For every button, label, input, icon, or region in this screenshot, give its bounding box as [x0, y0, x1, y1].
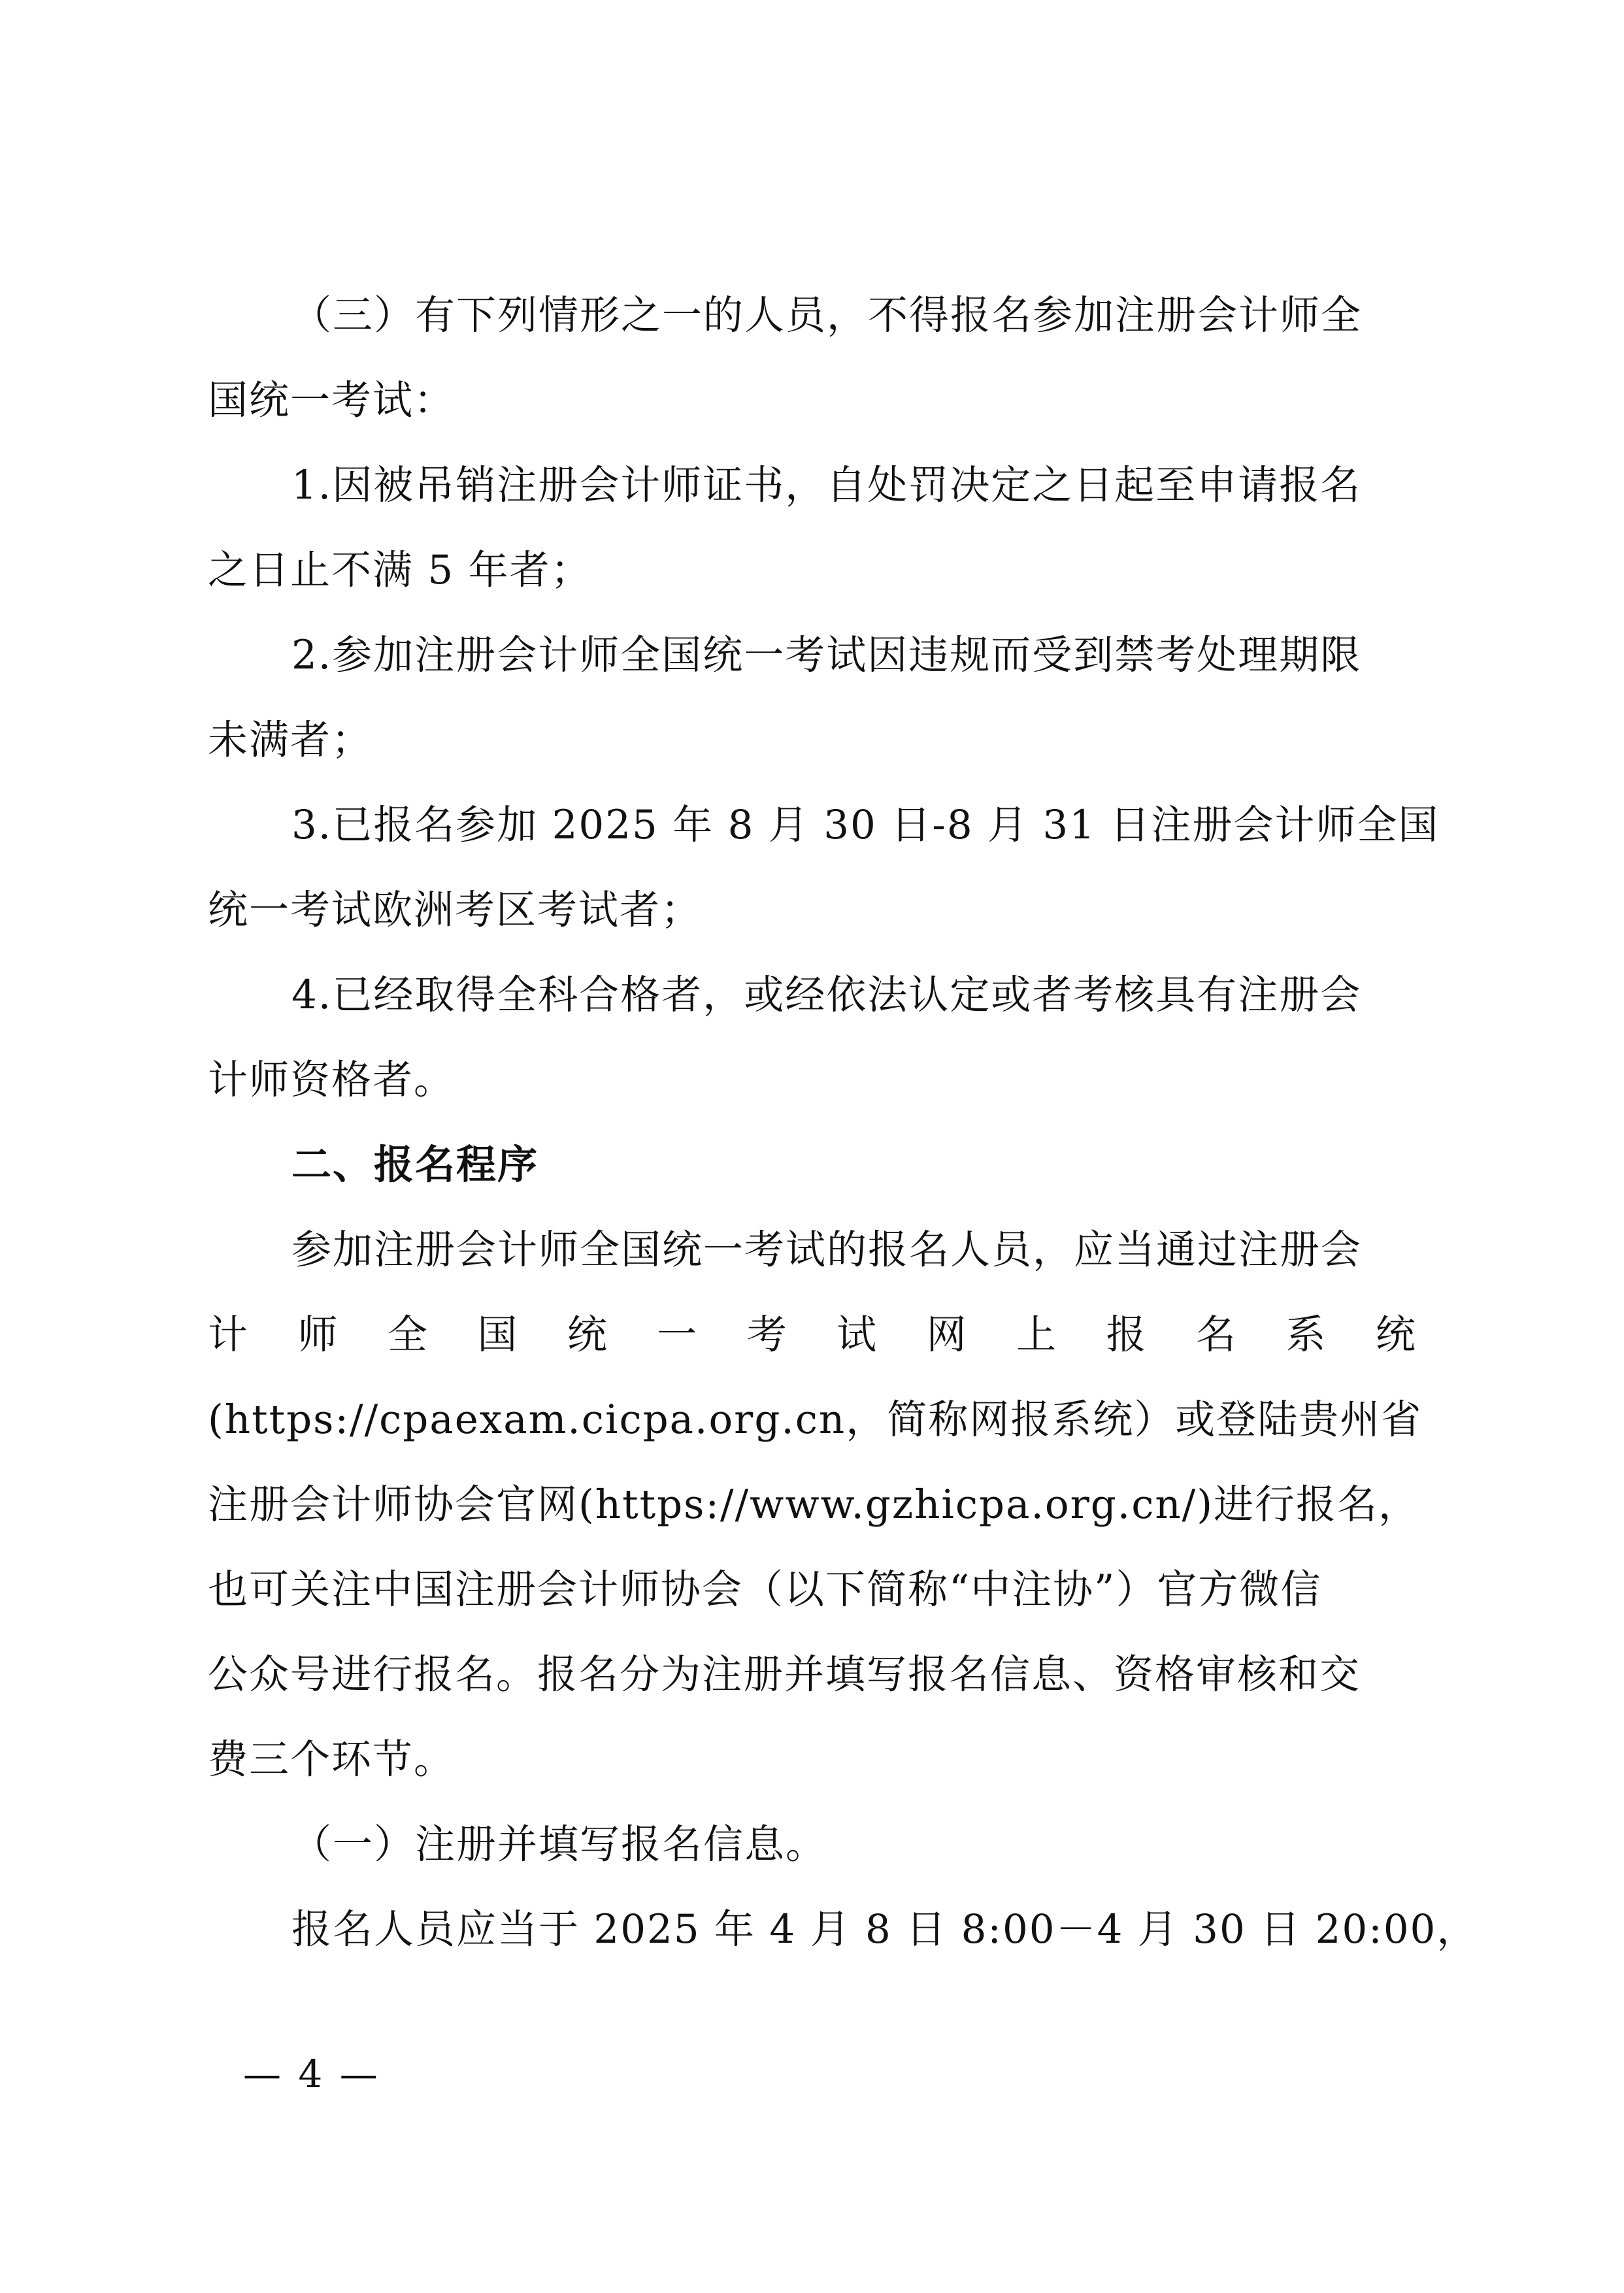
list-item-line: 4.已经取得全科合格者，或经依法认定或者考核具有注册会: [208, 953, 1417, 1038]
paragraph-line: 也可关注中国注册会计师协会（以下简称“中注协”）官方微信: [208, 1547, 1417, 1632]
subsection-heading: （一）注册并填写报名信息。: [208, 1802, 1417, 1887]
list-item-line: 2.参加注册会计师全国统一考试因违规而受到禁考处理期限: [208, 613, 1417, 698]
paragraph-line: 国统一考试：: [208, 358, 1417, 443]
list-item-line: 3.已报名参加 2025 年 8 月 30 日-8 月 31 日注册会计师全国: [208, 783, 1417, 868]
paragraph-line: 费三个环节。: [208, 1717, 1417, 1802]
document-page: （三）有下列情形之一的人员，不得报名参加注册会计师全 国统一考试： 1.因被吊销…: [0, 0, 1624, 2293]
paragraph-line: 报名人员应当于 2025 年 4 月 8 日 8:00－4 月 30 日 20:…: [208, 1887, 1417, 1972]
paragraph-line: （三）有下列情形之一的人员，不得报名参加注册会计师全: [208, 273, 1417, 358]
paragraph-line: 参加注册会计师全国统一考试的报名人员，应当通过注册会: [208, 1208, 1417, 1293]
list-item-line: 之日止不满 5 年者；: [208, 528, 1417, 613]
page-number: — 4 —: [243, 2052, 380, 2096]
paragraph-line: 注册会计师协会官网(https://www.gzhicpa.org.cn/)进行…: [208, 1462, 1417, 1547]
list-item-line: 计师资格者。: [208, 1038, 1417, 1123]
paragraph-line: (https://cpaexam.cicpa.org.cn，简称网报系统）或登陆…: [208, 1377, 1417, 1462]
list-item-line: 1.因被吊销注册会计师证书，自处罚决定之日起至申请报名: [208, 443, 1417, 528]
paragraph-line: 公众号进行报名。报名分为注册并填写报名信息、资格审核和交: [208, 1632, 1417, 1717]
list-item-line: 未满者；: [208, 698, 1417, 783]
list-item-line: 统一考试欧洲考区考试者；: [208, 868, 1417, 953]
section-heading: 二、报名程序: [208, 1123, 1417, 1208]
document-body: （三）有下列情形之一的人员，不得报名参加注册会计师全 国统一考试： 1.因被吊销…: [208, 273, 1417, 1972]
paragraph-line-spread: 计 师 全 国 统 一 考 试 网 上 报 名 系 统: [208, 1293, 1417, 1377]
